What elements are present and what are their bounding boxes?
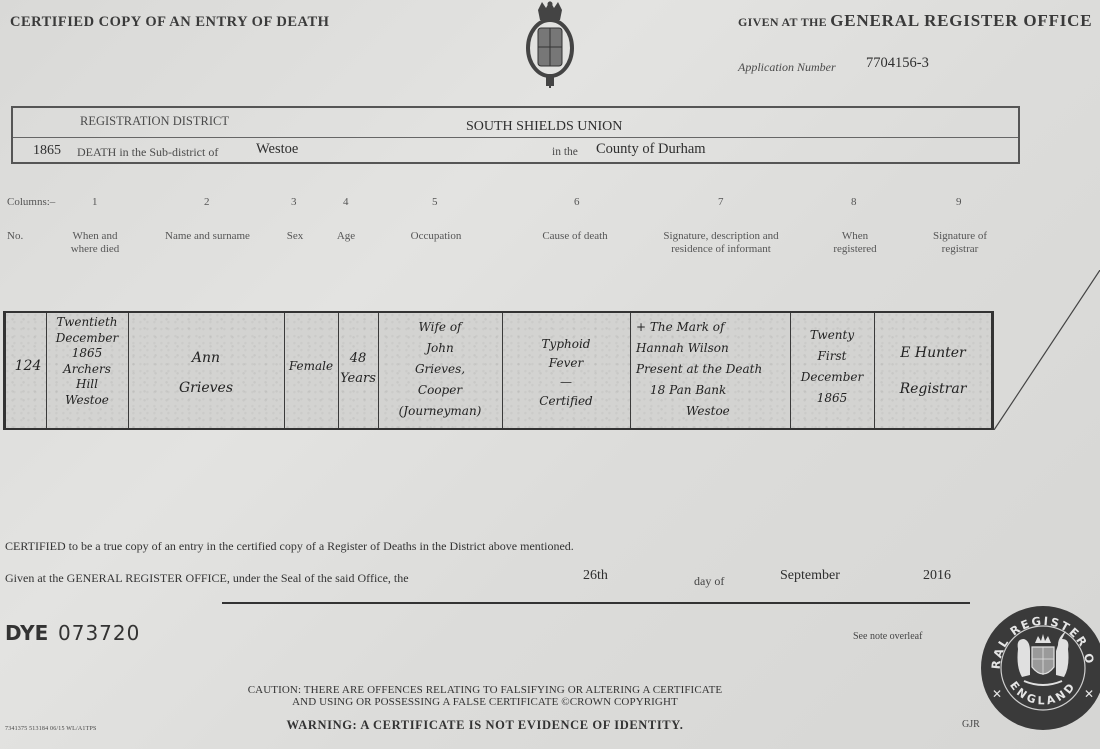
registration-district-label: REGISTRATION DISTRICT — [80, 114, 229, 129]
informant-line: Present at the Death — [636, 359, 796, 380]
cause-line: Certified — [502, 392, 630, 411]
column-header-name: Name and surname — [150, 230, 265, 243]
given-under-seal-statement: Given at the GENERAL REGISTER OFFICE, un… — [5, 571, 409, 586]
occupation-line: Wife of — [378, 317, 502, 338]
cause-line: Fever — [502, 354, 630, 373]
column-number-3: 3 — [291, 196, 297, 208]
given-at-heading: GIVEN AT THE GENERAL REGISTER OFFICE — [738, 11, 1092, 31]
informant-line: Hannah Wilson — [636, 338, 796, 359]
caution-line-1: CAUTION: THERE ARE OFFENCES RELATING TO … — [215, 684, 755, 696]
given-at-prefix: GIVEN AT THE — [738, 15, 827, 29]
column-number-5: 5 — [432, 196, 438, 208]
cause-line: Typhoid — [502, 335, 630, 354]
entry-occupation: Wife of John Grieves, Cooper (Journeyman… — [378, 317, 502, 422]
occupation-line: Cooper — [378, 380, 502, 401]
age-unit: Years — [338, 369, 378, 389]
death-date-year: 1865 — [46, 346, 128, 362]
informant-line: + The Mark of — [636, 317, 796, 338]
registrar-name: E Hunter — [874, 335, 992, 371]
column-header-cause: Cause of death — [530, 230, 620, 243]
column-header-informant: Signature, description and residence of … — [650, 230, 792, 256]
column-number-4: 4 — [343, 196, 349, 208]
certification-statement: CERTIFIED to be a true copy of an entry … — [5, 539, 574, 554]
day-of-label: day of — [694, 574, 724, 589]
district-divider — [13, 137, 1018, 138]
entry-name: Ann Grieves — [128, 343, 284, 403]
deceased-surname: Grieves — [128, 373, 284, 403]
death-date-month: December — [46, 331, 128, 347]
entry-informant: + The Mark of Hannah Wilson Present at t… — [630, 317, 796, 422]
serial-number: 073720 — [58, 621, 140, 645]
death-date-day: Twentieth — [46, 315, 128, 331]
register-entry-row: 124 Twentieth December 1865 Archers Hill… — [3, 311, 994, 430]
issue-day: 26th — [583, 568, 608, 584]
county-name: County of Durham — [596, 141, 706, 158]
registration-year: 1865 — [33, 143, 61, 159]
column-number-9: 9 — [956, 196, 962, 208]
royal-crest-icon — [520, 0, 580, 88]
age-value: 48 — [338, 349, 378, 369]
informant-line: Westoe — [636, 401, 796, 422]
death-place-line3: Westoe — [46, 393, 128, 409]
svg-text:✕: ✕ — [992, 687, 1002, 701]
registered-line: December — [790, 367, 874, 388]
subdistrict-label: DEATH in the Sub-district of — [77, 145, 218, 160]
occupation-line: (Journeyman) — [378, 401, 502, 422]
general-register-office-label: GENERAL REGISTER OFFICE — [830, 11, 1092, 30]
column-number-6: 6 — [574, 196, 580, 208]
svg-text:✕: ✕ — [1084, 687, 1094, 701]
columns-prefix: Columns:– — [7, 196, 55, 208]
column-header-when-registered: When registered — [826, 230, 884, 256]
column-header-occupation: Occupation — [400, 230, 472, 243]
subdistrict-name: Westoe — [256, 141, 298, 158]
column-number-7: 7 — [718, 196, 724, 208]
occupation-line: John — [378, 338, 502, 359]
entry-registrar-signature: E Hunter Registrar — [874, 335, 992, 407]
issue-year: 2016 — [923, 568, 951, 584]
column-header-when-where: When and where died — [62, 230, 128, 256]
application-number: 7704156-3 — [866, 55, 929, 72]
column-header-registrar: Signature of registrar — [925, 230, 995, 256]
entry-sex: Female — [284, 359, 338, 375]
entry-number: 124 — [10, 359, 46, 375]
deceased-forename: Ann — [128, 343, 284, 373]
see-note-overleaf: See note overleaf — [853, 631, 922, 642]
registered-line: First — [790, 346, 874, 367]
caution-notice: CAUTION: THERE ARE OFFENCES RELATING TO … — [215, 684, 755, 708]
signature-rule — [222, 602, 970, 604]
registrar-title: Registrar — [874, 371, 992, 407]
registration-district-name: SOUTH SHIELDS UNION — [466, 119, 622, 135]
column-header-no: No. — [7, 230, 23, 243]
entry-cause-of-death: Typhoid Fever — Certified — [502, 335, 630, 411]
serial-prefix: DYE — [5, 621, 48, 645]
informant-line: 18 Pan Bank — [636, 380, 796, 401]
issue-month: September — [780, 568, 840, 584]
column-number-8: 8 — [851, 196, 857, 208]
registered-line: Twenty — [790, 325, 874, 346]
column-header-age: Age — [332, 230, 360, 243]
caution-line-2: AND USING OR POSSESSING A FALSE CERTIFIC… — [215, 696, 755, 708]
general-register-office-seal-icon: GENERAL REGISTER OFFICE ENGLAND ✕ ✕ — [978, 603, 1100, 733]
entry-age: 48 Years — [338, 349, 378, 389]
strike-through-line — [990, 270, 1100, 430]
column-number-1: 1 — [92, 196, 98, 208]
print-code: 7341375 513184 06/15 WL/A1TPS — [5, 726, 97, 732]
in-the-label: in the — [552, 146, 578, 158]
column-header-sex: Sex — [280, 230, 310, 243]
entry-when-where: Twentieth December 1865 Archers Hill Wes… — [46, 315, 128, 408]
application-number-label: Application Number — [738, 60, 836, 75]
certificate-title: CERTIFIED COPY OF AN ENTRY OF DEATH — [10, 14, 329, 31]
death-place-line1: Archers — [46, 362, 128, 378]
column-number-2: 2 — [204, 196, 210, 208]
death-place-line2: Hill — [46, 377, 128, 393]
occupation-line: Grieves, — [378, 359, 502, 380]
cause-line: — — [502, 373, 630, 392]
registered-line: 1865 — [790, 388, 874, 409]
identity-warning: WARNING: A CERTIFICATE IS NOT EVIDENCE O… — [215, 718, 755, 733]
entry-when-registered: Twenty First December 1865 — [790, 325, 874, 409]
